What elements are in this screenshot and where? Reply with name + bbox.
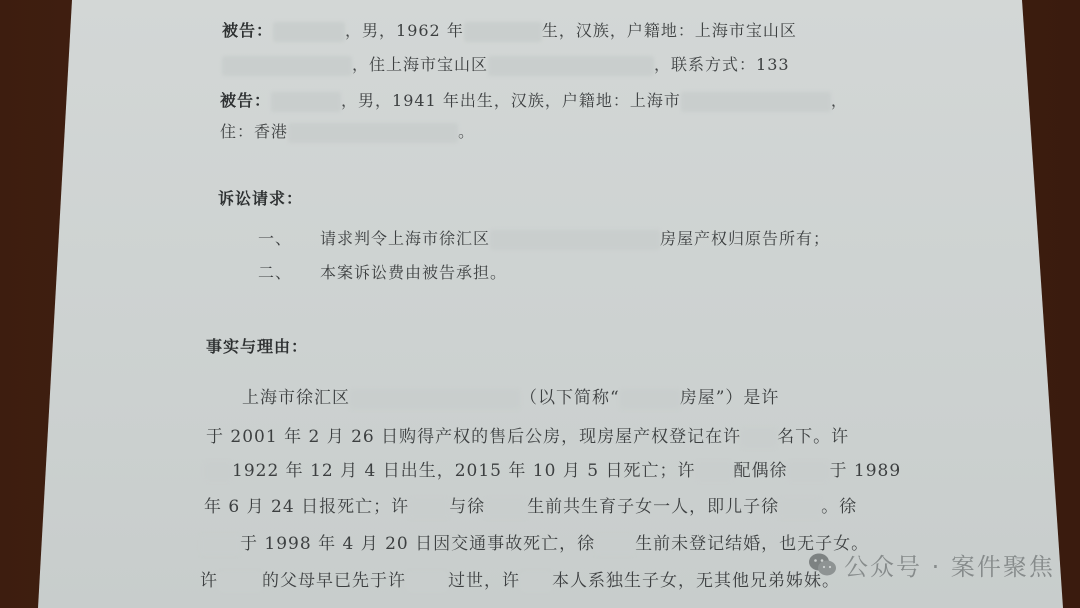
facts-text: 生前共生育子女一人，即儿子徐 bbox=[527, 497, 779, 517]
redacted-name bbox=[595, 535, 635, 555]
redacted-text bbox=[620, 389, 680, 409]
facts-text: （以下简称“ bbox=[520, 388, 620, 408]
facts-text: 于 2001 年 2 月 26 日购得产权的售后公房，现房屋产权登记在许 bbox=[206, 427, 741, 447]
watermark-text: 公众号 · 案件聚焦 bbox=[844, 547, 1055, 582]
facts-text: 的父母早已先于许 bbox=[262, 571, 406, 591]
wechat-icon bbox=[808, 552, 838, 578]
redacted-name bbox=[204, 462, 232, 482]
facts-text: 过世，许 bbox=[448, 571, 520, 591]
defendant-2-info: ，男，1941 年出生，汉族，户籍地：上海市 bbox=[341, 91, 681, 110]
redacted-name bbox=[485, 498, 527, 518]
claim-text: 本案诉讼费由被告承担。 bbox=[320, 263, 507, 282]
defendant-2-residence: 住：香港 bbox=[220, 122, 288, 141]
facts-line-2: 于 2001 年 2 月 26 日购得产权的售后公房，现房屋产权登记在许名下。许 bbox=[206, 422, 849, 448]
redacted-name bbox=[741, 428, 777, 448]
facts-text: 与徐 bbox=[449, 497, 485, 517]
facts-text: 许 bbox=[200, 571, 218, 591]
facts-text: 上海市徐汇区 bbox=[242, 388, 350, 408]
claim-number: 一、 bbox=[258, 226, 320, 249]
claim-text: 房屋产权归原告所有； bbox=[660, 229, 830, 248]
facts-text: 本人系独生子女，无其他兄弟姊妹。 bbox=[552, 571, 840, 591]
redacted-address bbox=[490, 230, 660, 250]
redacted-address bbox=[350, 389, 520, 409]
redacted-name bbox=[787, 462, 829, 482]
claim-number: 二、 bbox=[258, 260, 320, 283]
defendant-1-residence: ，住上海市宝山区 bbox=[352, 55, 488, 74]
claims-heading: 诉讼请求： bbox=[218, 186, 303, 209]
facts-text: 配偶徐 bbox=[733, 461, 787, 481]
claim-text: 请求判令上海市徐汇区 bbox=[320, 229, 490, 248]
facts-line-6: 许的父母早已先于许过世，许本人系独生子女，无其他兄弟姊妹。 bbox=[200, 566, 840, 592]
defendant-2-line-2: 住：香港。 bbox=[220, 119, 475, 143]
facts-line-1: 上海市徐汇区（以下简称“房屋”）是许 bbox=[242, 383, 779, 409]
redacted-name bbox=[200, 535, 240, 555]
defendant-1-label: 被告： bbox=[222, 21, 273, 40]
redacted-name bbox=[695, 462, 733, 482]
facts-text: 于 1998 年 4 月 20 日因交通事故死亡，徐 bbox=[240, 534, 595, 554]
redacted-address bbox=[681, 92, 831, 112]
watermark: 公众号 · 案件聚焦 bbox=[808, 547, 1055, 582]
punctuation: ， bbox=[831, 91, 848, 110]
redacted-address bbox=[222, 56, 352, 76]
redacted-name bbox=[779, 498, 821, 518]
redacted-address bbox=[488, 56, 654, 76]
defendant-1-birth: ，男，1962 年 bbox=[345, 21, 464, 40]
redacted-name bbox=[273, 22, 345, 42]
facts-line-3: 1922 年 12 月 4 日出生，2015 年 10 月 5 日死亡；许配偶徐… bbox=[204, 456, 901, 482]
facts-text: 年 6 月 24 日报死亡；许 bbox=[204, 497, 409, 517]
facts-heading: 事实与理由： bbox=[206, 334, 308, 357]
facts-text: 。徐 bbox=[821, 497, 857, 517]
redacted-name bbox=[520, 572, 552, 592]
defendant-1-line-1: 被告：，男，1962 年生，汉族，户籍地：上海市宝山区 bbox=[222, 18, 797, 42]
defendant-2-line-1: 被告：，男，1941 年出生，汉族，户籍地：上海市， bbox=[220, 88, 848, 112]
redacted-date bbox=[464, 22, 542, 42]
redacted-name bbox=[271, 92, 341, 112]
redacted-name bbox=[409, 498, 449, 518]
facts-text: 房屋”）是许 bbox=[680, 388, 780, 408]
defendant-1-contact: ，联系方式：133 bbox=[654, 55, 790, 74]
claim-item-2: 二、本案诉讼费由被告承担。 bbox=[258, 260, 507, 283]
redacted-address bbox=[288, 123, 458, 143]
claim-item-1: 一、请求判令上海市徐汇区房屋产权归原告所有； bbox=[258, 226, 830, 250]
facts-text: 名下。许 bbox=[777, 427, 849, 447]
facts-text: 1922 年 12 月 4 日出生，2015 年 10 月 5 日死亡；许 bbox=[232, 461, 695, 481]
punctuation: 。 bbox=[458, 122, 475, 141]
defendant-1-line-2: ，住上海市宝山区，联系方式：133 bbox=[222, 52, 790, 76]
facts-line-4: 年 6 月 24 日报死亡；许与徐生前共生育子女一人，即儿子徐。徐 bbox=[204, 492, 857, 518]
facts-line-5: 于 1998 年 4 月 20 日因交通事故死亡，徐生前未登记结婚，也无子女。 bbox=[200, 529, 869, 555]
redacted-name bbox=[406, 572, 448, 592]
redacted-name bbox=[218, 572, 262, 592]
defendant-2-label: 被告： bbox=[220, 91, 271, 110]
defendant-1-origin: 生，汉族，户籍地：上海市宝山区 bbox=[542, 21, 797, 40]
facts-text: 于 1989 bbox=[829, 461, 901, 481]
